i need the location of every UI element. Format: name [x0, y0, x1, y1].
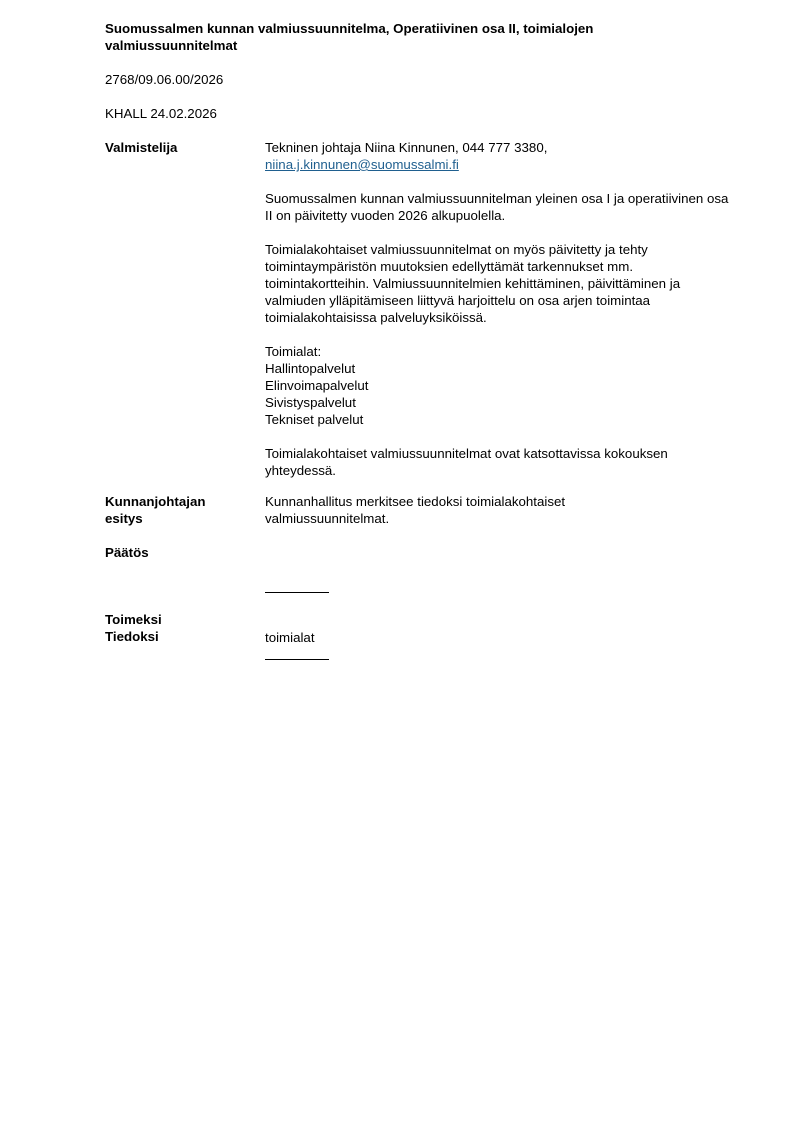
list-item: Tekniset palvelut: [265, 411, 735, 428]
esitys-text: Kunnanhallitus merkitsee tiedoksi toimia…: [265, 493, 665, 527]
list-item: Sivistyspalvelut: [265, 394, 735, 411]
valmistelija-content: Tekninen johtaja Niina Kinnunen, 044 777…: [265, 139, 735, 479]
toimeksi-label: Toimeksi: [105, 611, 255, 628]
list-item: Hallintopalvelut: [265, 360, 735, 377]
document-title: Suomussalmen kunnan valmiussuunnitelma, …: [105, 20, 725, 54]
list-heading: Toimialat:: [265, 343, 735, 360]
esitys-label: Kunnanjohtajan esitys: [105, 493, 255, 527]
valmistelija-label: Valmistelija: [105, 139, 255, 156]
reference-number: 2768/09.06.00/2026: [105, 71, 223, 88]
divider-line: [265, 592, 329, 593]
tiedoksi-label: Tiedoksi: [105, 628, 255, 645]
tiedoksi-value: toimialat: [265, 629, 735, 646]
meeting-date: KHALL 24.02.2026: [105, 105, 217, 122]
paragraph-viewable: Toimialakohtaiset valmiussuunnitelmat ov…: [265, 445, 735, 479]
paragraph-details: Toimialakohtaiset valmiussuunnitelmat on…: [265, 241, 735, 326]
email-link[interactable]: niina.j.kinnunen@suomussalmi.fi: [265, 157, 459, 172]
contact-line: Tekninen johtaja Niina Kinnunen, 044 777…: [265, 140, 547, 155]
list-item: Elinvoimapalvelut: [265, 377, 735, 394]
divider-line: [265, 659, 329, 660]
toimialat-list: Toimialat: Hallintopalvelut Elinvoimapal…: [265, 343, 735, 428]
paragraph-updated: Suomussalmen kunnan valmiussuunnitelman …: [265, 190, 735, 224]
paatos-label: Päätös: [105, 544, 255, 561]
contact-block: Tekninen johtaja Niina Kinnunen, 044 777…: [265, 139, 735, 173]
